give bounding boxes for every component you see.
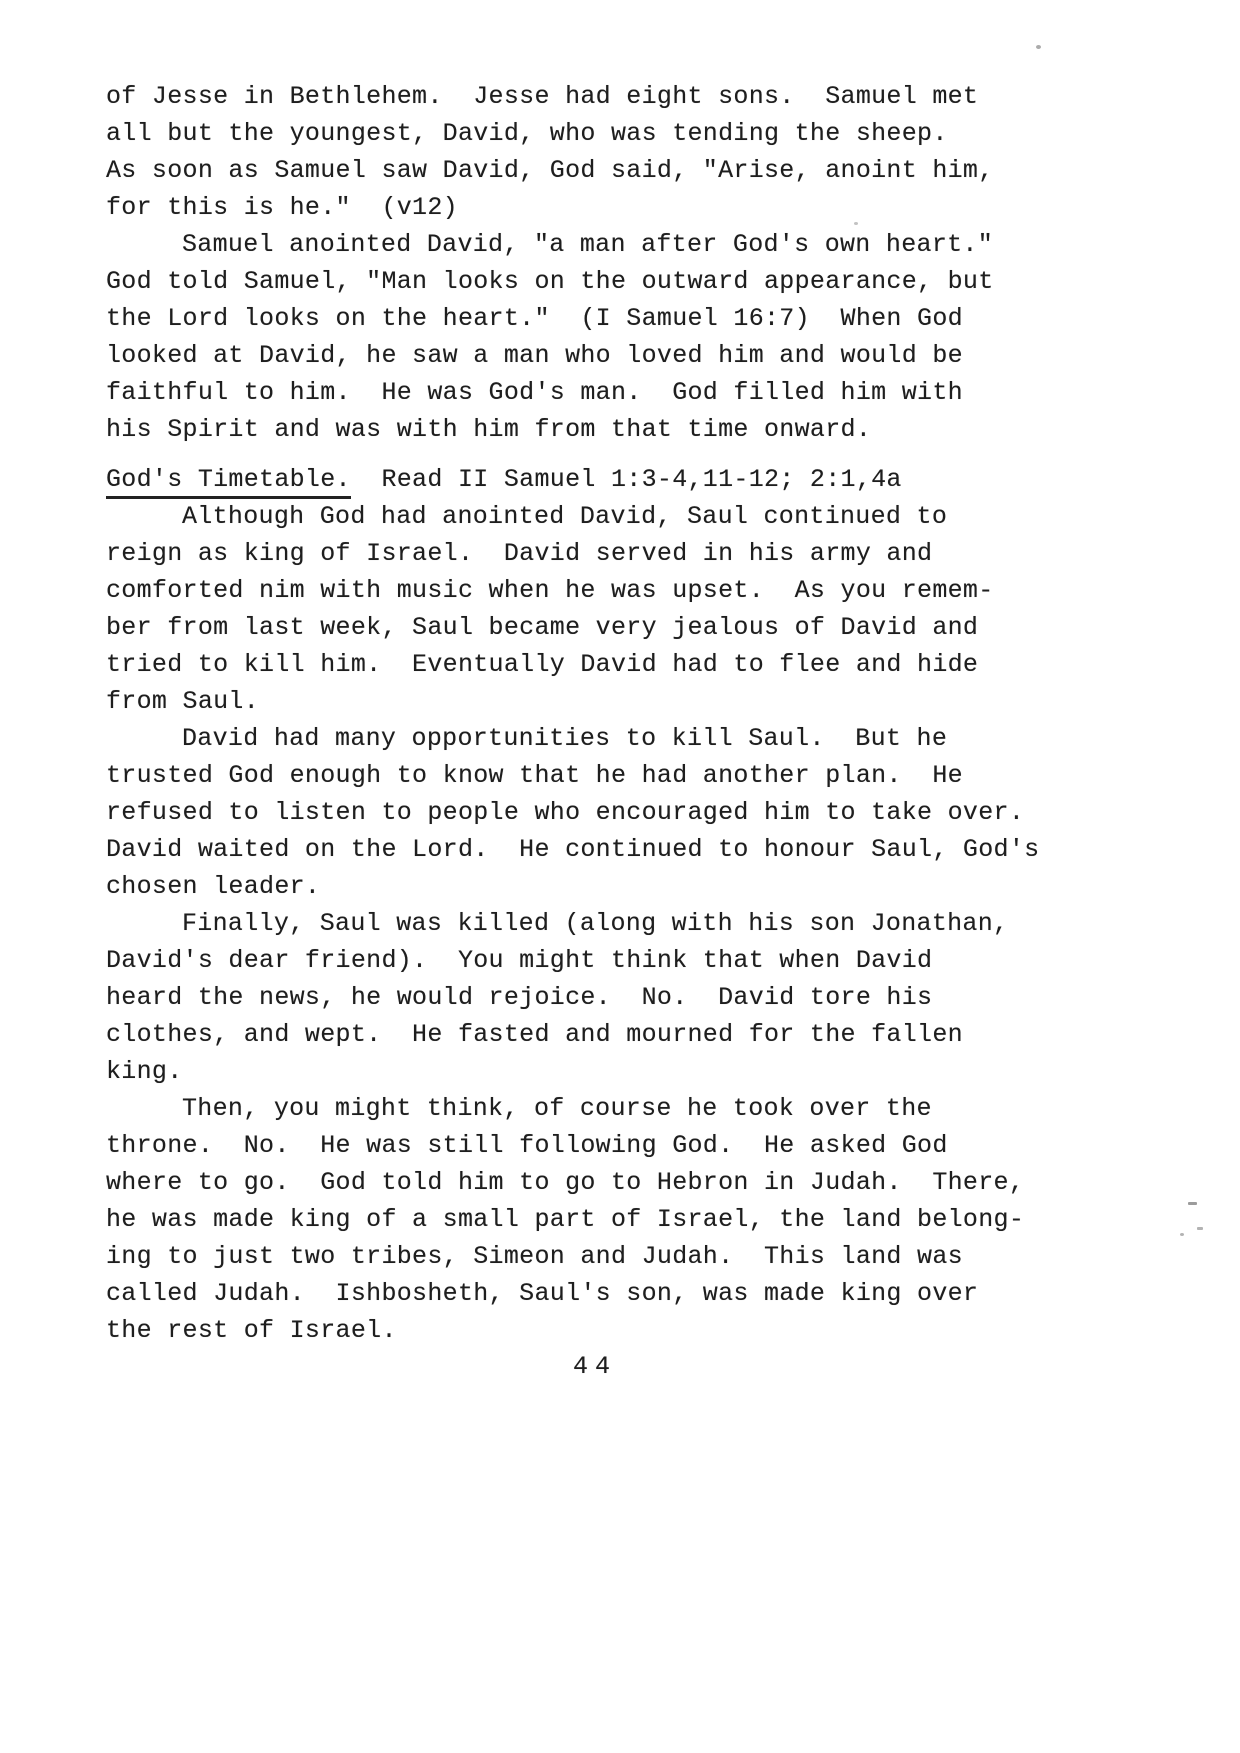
- text-line: God told Samuel, "Man looks on the outwa…: [106, 263, 1039, 300]
- section-heading-reference: Read II Samuel 1:3-4,11-12; 2:1,4a: [351, 465, 902, 494]
- text-line: Then, you might think, of course he took…: [106, 1090, 1039, 1127]
- text-line: refused to listen to people who encourag…: [106, 794, 1039, 831]
- scanned-page: of Jesse in Bethlehem. Jesse had eight s…: [0, 0, 1240, 1753]
- text-line: called Judah. Ishbosheth, Saul's son, wa…: [106, 1275, 1039, 1312]
- text-line: Samuel anointed David, "a man after God'…: [106, 226, 1039, 263]
- text-line: all but the youngest, David, who was ten…: [106, 115, 1039, 152]
- text-line: comforted nim with music when he was ups…: [106, 572, 1039, 609]
- section-heading-title: God's Timetable.: [106, 465, 351, 499]
- text-line: looked at David, he saw a man who loved …: [106, 337, 1039, 374]
- document-lines: of Jesse in Bethlehem. Jesse had eight s…: [106, 78, 1039, 1349]
- text-line: he was made king of a small part of Isra…: [106, 1201, 1039, 1238]
- text-line: David's dear friend). You might think th…: [106, 942, 1039, 979]
- text-line: trusted God enough to know that he had a…: [106, 757, 1039, 794]
- text-line: for this is he." (v12): [106, 189, 1039, 226]
- text-line: throne. No. He was still following God. …: [106, 1127, 1039, 1164]
- text-line: ing to just two tribes, Simeon and Judah…: [106, 1238, 1039, 1275]
- scan-speck: [854, 222, 858, 225]
- text-line: from Saul.: [106, 683, 1039, 720]
- text-line: Finally, Saul was killed (along with his…: [106, 905, 1039, 942]
- text-line: of Jesse in Bethlehem. Jesse had eight s…: [106, 78, 1039, 115]
- text-line: faithful to him. He was God's man. God f…: [106, 374, 1039, 411]
- text-line: his Spirit and was with him from that ti…: [106, 411, 1039, 448]
- text-line: reign as king of Israel. David served in…: [106, 535, 1039, 572]
- text-line: the Lord looks on the heart." (I Samuel …: [106, 300, 1039, 337]
- text-line: chosen leader.: [106, 868, 1039, 905]
- scan-speck: [1197, 1227, 1203, 1230]
- text-line: tried to kill him. Eventually David had …: [106, 646, 1039, 683]
- page-number: 44: [0, 1352, 1190, 1382]
- text-line: king.: [106, 1053, 1039, 1090]
- text-line: David waited on the Lord. He continued t…: [106, 831, 1039, 868]
- text-line: heard the news, he would rejoice. No. Da…: [106, 979, 1039, 1016]
- scan-speck: [1188, 1202, 1197, 1205]
- text-line: David had many opportunities to kill Sau…: [106, 720, 1039, 757]
- text-line: where to go. God told him to go to Hebro…: [106, 1164, 1039, 1201]
- section-heading: God's Timetable. Read II Samuel 1:3-4,11…: [106, 461, 1039, 498]
- text-line: the rest of Israel.: [106, 1312, 1039, 1349]
- text-line: As soon as Samuel saw David, God said, "…: [106, 152, 1039, 189]
- text-line: Although God had anointed David, Saul co…: [106, 498, 1039, 535]
- scan-speck: [1180, 1233, 1184, 1236]
- text-line: ber from last week, Saul became very jea…: [106, 609, 1039, 646]
- scan-speck: [1036, 45, 1041, 49]
- text-line: clothes, and wept. He fasted and mourned…: [106, 1016, 1039, 1053]
